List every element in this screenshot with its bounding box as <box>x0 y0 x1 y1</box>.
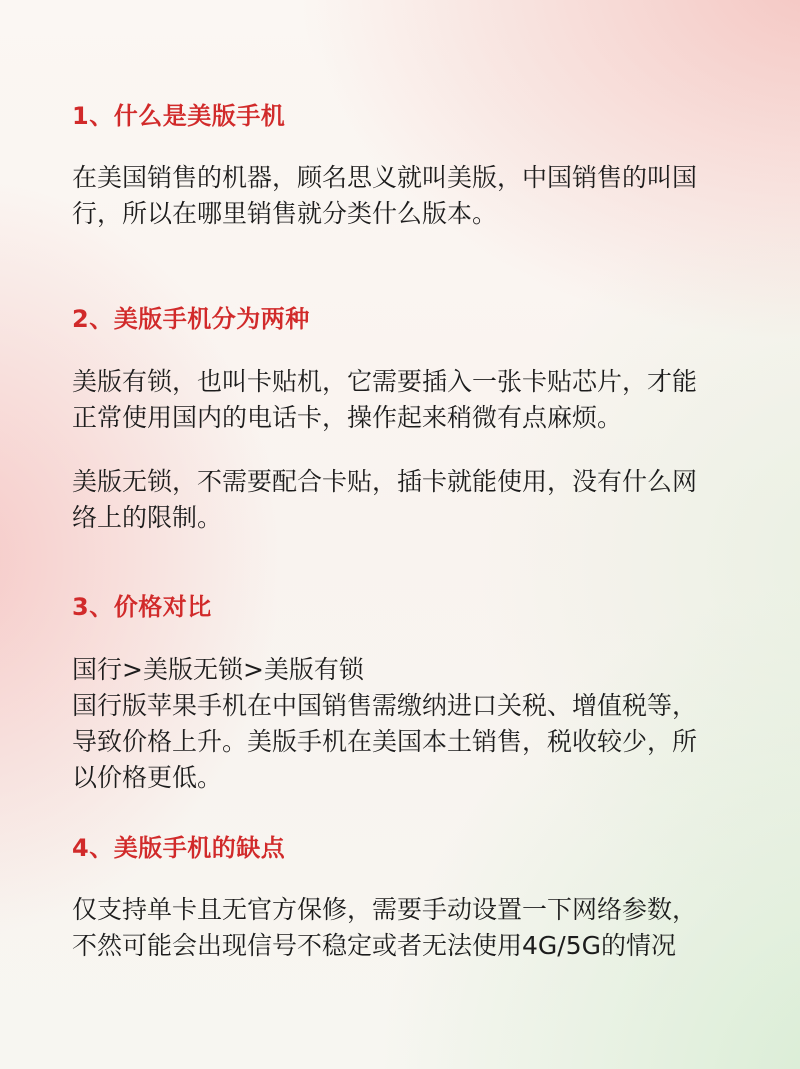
text-line: 国行版苹果手机在中国销售需缴纳进口关税、增值税等， <box>72 688 732 724</box>
text-line: 仅支持单卡且无官方保修，需要手动设置一下网络参数， <box>72 892 732 928</box>
section-2-paragraph-2: 美版无锁，不需要配合卡贴，插卡就能使用，没有什么网 络上的限制。 <box>72 464 732 536</box>
section-4-heading: 4、美版手机的缺点 <box>72 832 285 864</box>
section-2-paragraph-1: 美版有锁，也叫卡贴机，它需要插入一张卡贴芯片，才能 正常使用国内的电话卡，操作起… <box>72 364 732 436</box>
section-4-paragraph-1: 仅支持单卡且无官方保修，需要手动设置一下网络参数， 不然可能会出现信号不稳定或者… <box>72 892 732 964</box>
text-line: 行，所以在哪里销售就分类什么版本。 <box>72 196 732 232</box>
section-3-heading: 3、价格对比 <box>72 591 212 623</box>
text-line: 导致价格上升。美版手机在美国本土销售，税收较少，所 <box>72 724 732 760</box>
section-1-paragraph-1: 在美国销售的机器，顾名思义就叫美版，中国销售的叫国 行，所以在哪里销售就分类什么… <box>72 160 732 232</box>
text-line: 美版有锁，也叫卡贴机，它需要插入一张卡贴芯片，才能 <box>72 364 732 400</box>
text-line: 不然可能会出现信号不稳定或者无法使用4G/5G的情况 <box>72 928 732 964</box>
text-line: 美版无锁，不需要配合卡贴，插卡就能使用，没有什么网 <box>72 464 732 500</box>
section-3-paragraph-1: 国行>美版无锁>美版有锁 国行版苹果手机在中国销售需缴纳进口关税、增值税等， 导… <box>72 652 732 796</box>
text-line: 正常使用国内的电话卡，操作起来稍微有点麻烦。 <box>72 400 732 436</box>
text-line: 以价格更低。 <box>72 760 732 796</box>
section-2-heading: 2、美版手机分为两种 <box>72 303 310 335</box>
section-1-heading: 1、什么是美版手机 <box>72 100 285 132</box>
text-line: 络上的限制。 <box>72 500 732 536</box>
text-line: 国行>美版无锁>美版有锁 <box>72 652 732 688</box>
text-line: 在美国销售的机器，顾名思义就叫美版，中国销售的叫国 <box>72 160 732 196</box>
